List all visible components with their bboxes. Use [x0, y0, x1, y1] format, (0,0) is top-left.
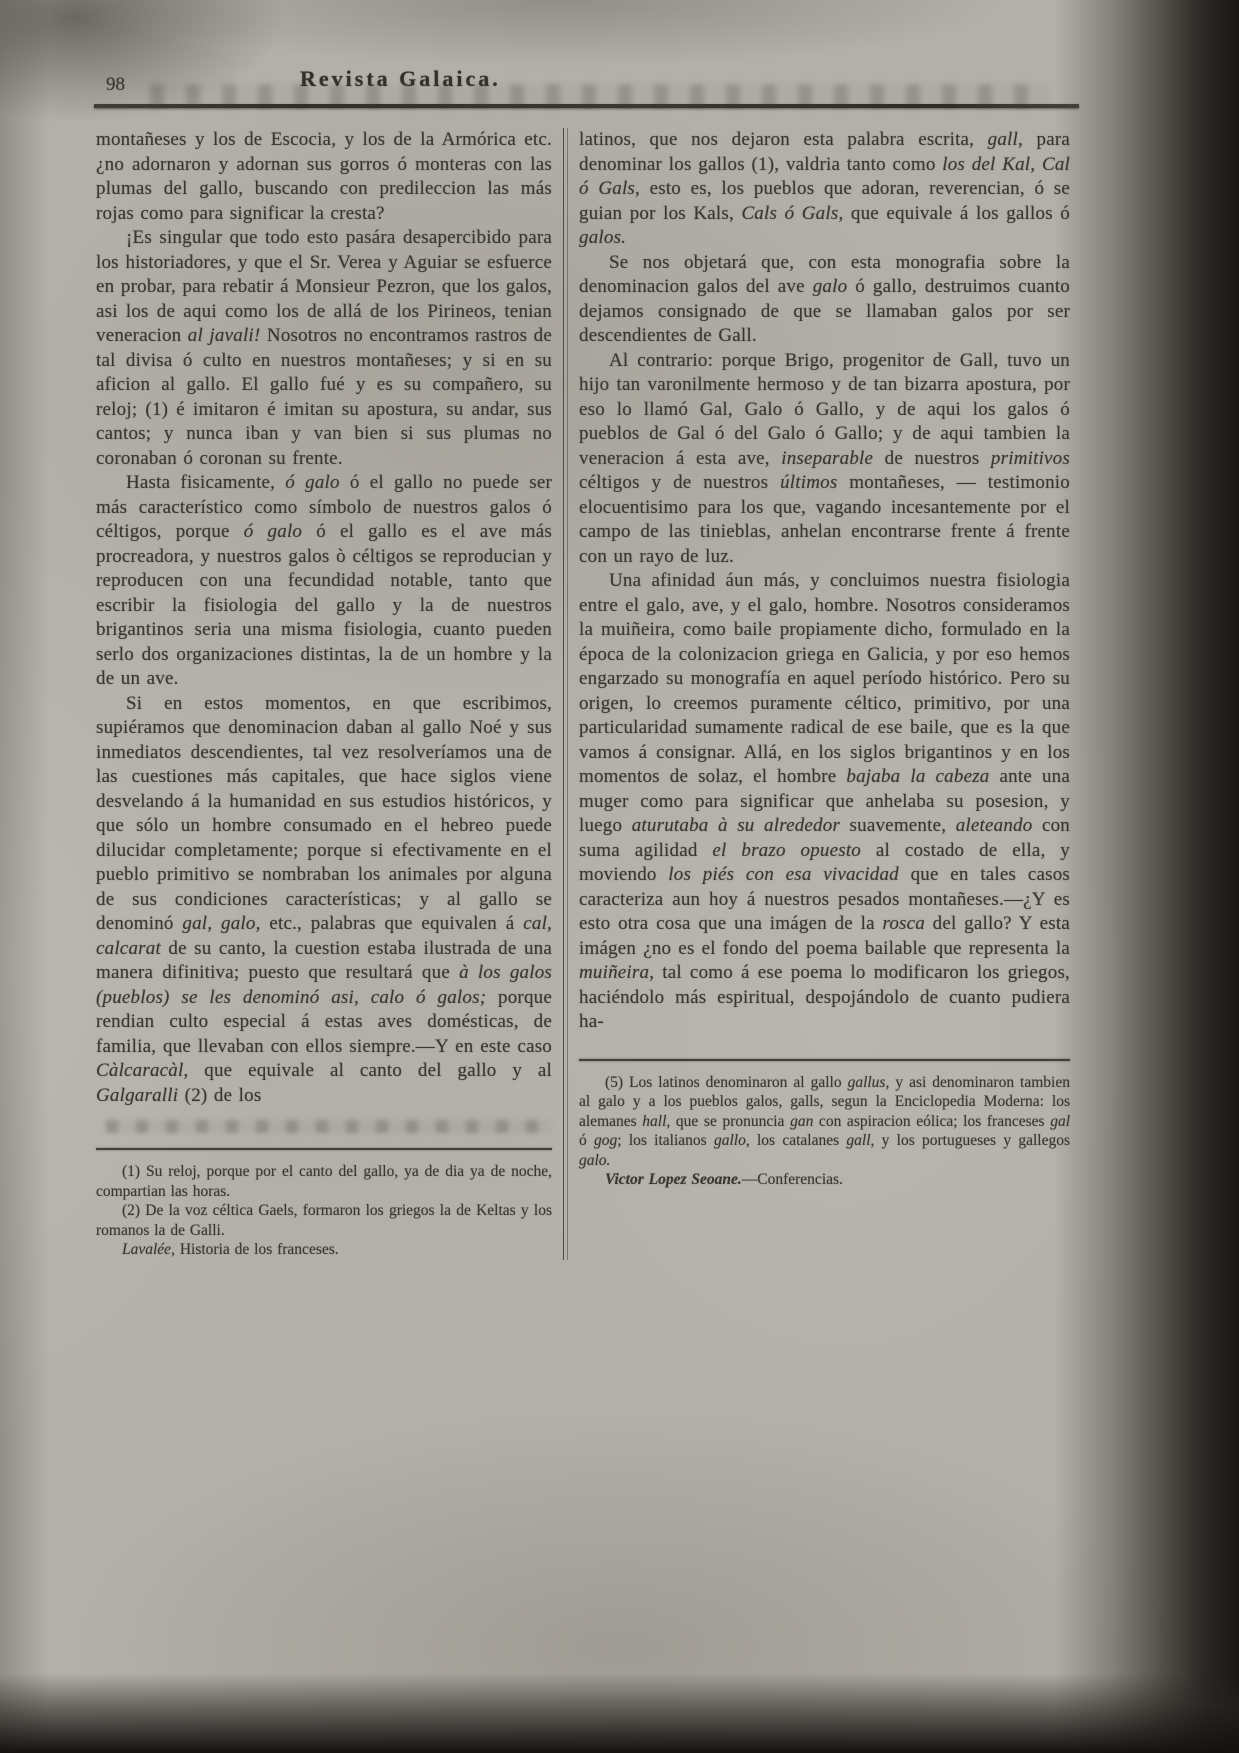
text-run: de nuestros: [873, 448, 991, 469]
paragraph: Al contrario: porque Brigo, progenitor d…: [579, 349, 1070, 570]
italic-run: primitivos: [991, 448, 1070, 469]
page-edge-shadow-bottom: [0, 1673, 1239, 1753]
text-run: Si en estos momentos, en que escribimos,…: [96, 693, 552, 935]
text-run: , que se pronuncia: [666, 1113, 790, 1130]
italic-run: gall: [988, 129, 1018, 150]
text-run: ó el gallo es el ave más procreadora, y …: [96, 521, 552, 689]
footnote-rule: [579, 1059, 1070, 1061]
text-run: , y los portugueses y gallegos: [871, 1132, 1070, 1149]
italic-run: aleteando: [956, 815, 1033, 836]
italic-run: ó galo: [285, 472, 339, 493]
italic-run: gallo: [714, 1132, 746, 1149]
italic-run: Victor Lopez Seoane.: [605, 1171, 742, 1188]
italic-run: muiñeira: [579, 962, 649, 983]
header-rule: [94, 104, 1079, 108]
paragraph: Si en estos momentos, en que escribimos,…: [96, 692, 552, 1109]
text-run: (2) de los: [178, 1085, 261, 1106]
page-number: 98: [106, 74, 125, 96]
scanned-page: 98 Revista Galaica. montañeses y los de …: [0, 0, 1239, 1753]
italic-run: ó galo: [244, 521, 302, 542]
italic-run: galo.: [579, 1152, 610, 1169]
text-run: con aspiracion eólica; los franceses: [813, 1113, 1050, 1130]
text-run: , tal como á ese poema lo modificaron lo…: [579, 962, 1070, 1032]
italic-run: gal: [1050, 1113, 1070, 1130]
text-run: (2) De la voz céltica Gaels, formaron lo…: [96, 1202, 552, 1239]
italic-run: al javali!: [188, 325, 261, 346]
italic-run: Lavalée,: [122, 1241, 175, 1258]
text-run: (5) Los latinos denominaron al gallo: [605, 1074, 848, 1091]
paragraph: Se nos objetará que, con esta monografia…: [579, 251, 1070, 349]
italic-run: gallus: [848, 1074, 886, 1091]
paragraph: Hasta fisicamente, ó galo ó el gallo no …: [96, 471, 552, 692]
italic-run: Galgaralli: [96, 1085, 178, 1106]
paragraph: montañeses y los de Escocia, y los de la…: [96, 128, 552, 226]
right-footnotes: (5) Los latinos denominaron al gallo gal…: [579, 1073, 1070, 1190]
left-column: montañeses y los de Escocia, y los de la…: [96, 128, 552, 1260]
italic-run: los piés con esa vivacidad: [668, 864, 899, 885]
text-run: ; los italianos: [617, 1132, 714, 1149]
right-column-text: latinos, que nos dejaron esta palabra es…: [579, 128, 1070, 1035]
italic-run: gan: [790, 1113, 813, 1130]
paragraph: ¡Es singular que todo esto pasára desape…: [96, 226, 552, 471]
italic-run: rosca: [882, 913, 925, 934]
paragraph: Una afinidad áun más, y concluimos nuest…: [579, 569, 1070, 1035]
italic-run: Cals ó Gals,: [741, 203, 843, 224]
page-edge-shadow-right: [1054, 0, 1239, 1753]
italic-run: aturutaba à su alrededor: [632, 815, 840, 836]
text-run: , que equivale al canto del gallo y al: [184, 1060, 553, 1081]
italic-run: Càlcaracàl: [96, 1060, 184, 1081]
italic-run: gall: [846, 1132, 870, 1149]
footnote: (5) Los latinos denominaron al gallo gal…: [579, 1073, 1070, 1171]
text-run: que equivale á los gallos ó: [843, 203, 1070, 224]
column-divider: [563, 128, 568, 1260]
right-column: latinos, que nos dejaron esta palabra es…: [579, 128, 1070, 1260]
text-run: etc., palabras que equivalen á: [261, 913, 524, 934]
italic-run: bajaba la cabeza: [846, 766, 989, 787]
italic-run: gog: [594, 1132, 617, 1149]
text-run: latinos, que nos dejaron esta palabra es…: [579, 129, 988, 150]
text-run: Una afinidad áun más, y concluimos nuest…: [579, 570, 1070, 787]
text-run: suavemente,: [840, 815, 956, 836]
italic-run: inseparable: [781, 448, 873, 469]
text-run: Hasta fisicamente,: [126, 472, 285, 493]
left-footnotes: (1) Su reloj, porque por el canto del ga…: [96, 1162, 552, 1260]
text-columns: montañeses y los de Escocia, y los de la…: [96, 128, 1070, 1260]
paragraph: latinos, que nos dejaron esta palabra es…: [579, 128, 1070, 251]
italic-run: galos.: [579, 227, 626, 248]
footnote: (1) Su reloj, porque por el canto del ga…: [96, 1162, 552, 1201]
text-run: , los catalanes: [746, 1132, 847, 1149]
text-run: ó: [579, 1132, 594, 1149]
italic-run: gal, galo,: [182, 913, 260, 934]
text-run: céltigos y de nuestros: [579, 472, 780, 493]
italic-run: galo: [813, 276, 848, 297]
text-run: montañeses y los de Escocia, y los de la…: [96, 129, 552, 224]
italic-run: hall: [642, 1113, 666, 1130]
footnote: (2) De la voz céltica Gaels, formaron lo…: [96, 1201, 552, 1240]
ink-bleed-smudge: [106, 1120, 552, 1133]
footnote: Victor Lopez Seoane.—Conferencias.: [579, 1170, 1070, 1190]
text-run: —Conferencias.: [742, 1171, 843, 1188]
text-run: (1) Su reloj, porque por el canto del ga…: [96, 1163, 552, 1200]
footnote: Lavalée, Historia de los franceses.: [96, 1240, 552, 1260]
journal-title: Revista Galaica.: [300, 66, 501, 92]
italic-run: últimos: [780, 472, 837, 493]
footnote-rule: [96, 1148, 552, 1150]
left-column-text: montañeses y los de Escocia, y los de la…: [96, 128, 552, 1108]
text-run: Nosotros no encontramos rastros de tal d…: [96, 325, 552, 469]
text-run: Historia de los franceses.: [175, 1241, 339, 1258]
italic-run: el brazo opuesto: [712, 840, 861, 861]
